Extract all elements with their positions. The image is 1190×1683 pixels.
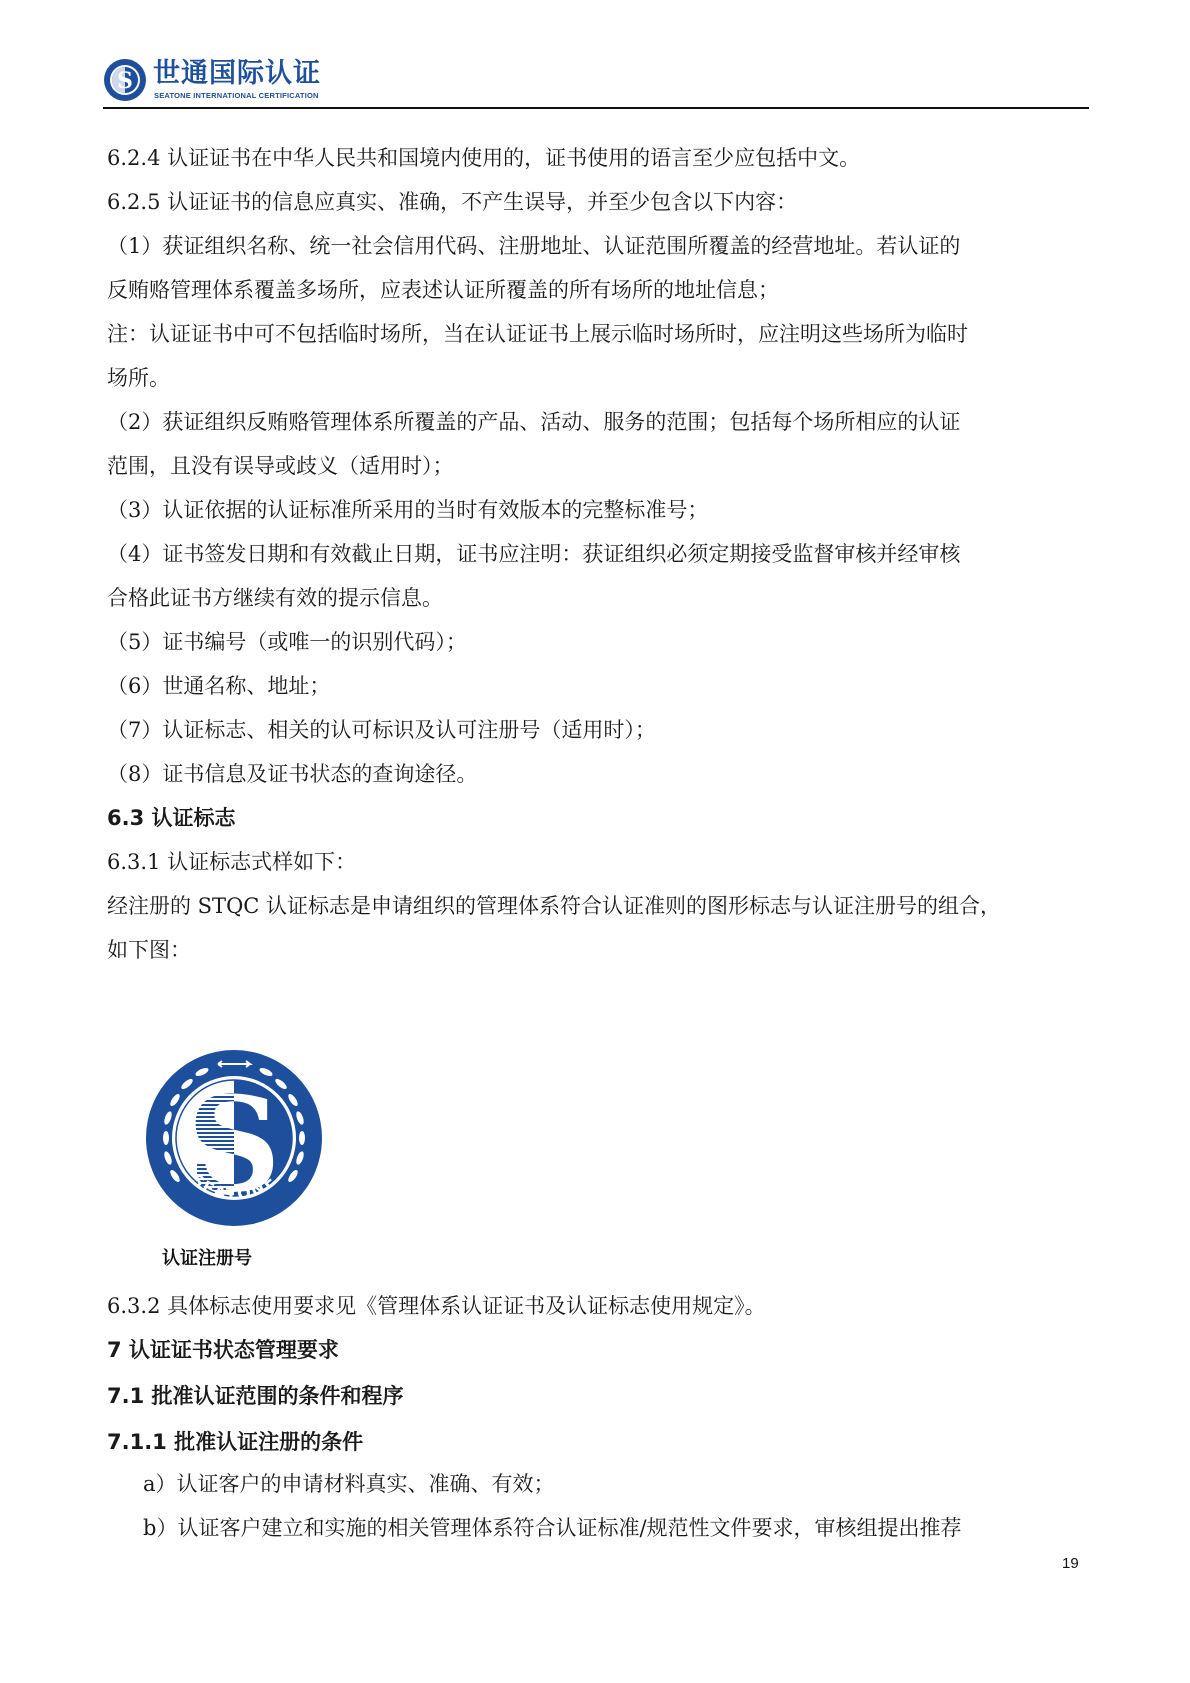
seatone-logo-icon: S — [103, 58, 147, 102]
list-item-2: （2）获证组织反贿赂管理体系所覆盖的产品、活动、服务的范围；包括每个场所相应的认… — [107, 408, 960, 436]
header-divider — [103, 107, 1089, 109]
logo-caption: 认证注册号 — [162, 1244, 252, 1270]
heading-7: 7 认证证书状态管理要求 — [107, 1336, 339, 1364]
paragraph-6-3-1: 6.3.1 认证标志式样如下： — [107, 848, 356, 876]
svg-text:S: S — [117, 68, 133, 94]
list-item-1-cont: 反贿赂管理体系覆盖多场所，应表述认证所覆盖的所有场所的地址信息； — [107, 276, 779, 304]
page-header: S 世通国际认证 SEATONE INTERNATIONAL CERTIFICA… — [103, 56, 1093, 112]
heading-7-1: 7.1 批准认证范围的条件和程序 — [107, 1382, 404, 1410]
company-name-en: SEATONE INTERNATIONAL CERTIFICATION — [154, 91, 319, 100]
paragraph-6-2-4: 6.2.4 认证证书在中华人民共和国境内使用的，证书使用的语言至少应包括中文。 — [107, 144, 860, 172]
list-item-2-cont: 范围，且没有误导或歧义（适用时）； — [107, 452, 454, 480]
list-item-7: （7）认证标志、相关的认可标识及认可注册号（适用时）； — [107, 716, 656, 744]
paragraph-stqc-cont: 如下图： — [107, 936, 191, 964]
paragraph-stqc: 经注册的 STQC 认证标志是申请组织的管理体系符合认证准则的图形标志与认证注册… — [107, 892, 1001, 920]
list-item-4: （4）证书签发日期和有效截止日期，证书应注明：获证组织必须定期接受监督审核并经审… — [107, 540, 960, 568]
heading-6-3: 6.3 认证标志 — [107, 804, 236, 832]
seatone-certification-mark-icon: S S SEATONE — [144, 1048, 324, 1228]
paragraph-6-2-5: 6.2.5 认证证书的信息应真实、准确，不产生误导，并至少包含以下内容： — [107, 188, 797, 216]
note-cont: 场所。 — [107, 364, 170, 392]
note: 注：认证证书中可不包括临时场所，当在认证证书上展示临时场所时，应注明这些场所为临… — [107, 320, 968, 348]
heading-7-1-1: 7.1.1 批准认证注册的条件 — [107, 1428, 363, 1456]
document-page: S 世通国际认证 SEATONE INTERNATIONAL CERTIFICA… — [0, 0, 1190, 1683]
company-name-cn: 世通国际认证 — [153, 58, 321, 90]
list-item-8: （8）证书信息及证书状态的查询途径。 — [107, 760, 477, 788]
list-item-4-cont: 合格此证书方继续有效的提示信息。 — [107, 584, 443, 612]
list-item-a: a）认证客户的申请材料真实、准确、有效； — [143, 1470, 555, 1498]
list-item-5: （5）证书编号（或唯一的识别代码）； — [107, 628, 467, 656]
list-item-1: （1）获证组织名称、统一社会信用代码、注册地址、认证范围所覆盖的经营地址。若认证… — [107, 232, 960, 260]
paragraph-6-3-2: 6.3.2 具体标志使用要求见《管理体系认证证书及认证标志使用规定》。 — [107, 1292, 766, 1320]
list-item-6: （6）世通名称、地址； — [107, 672, 330, 700]
list-item-3: （3）认证依据的认证标准所采用的当时有效版本的完整标准号； — [107, 496, 708, 524]
list-item-b: b）认证客户建立和实施的相关管理体系符合认证标准/规范性文件要求，审核组提出推荐 — [143, 1514, 962, 1542]
page-number: 19 — [1062, 1555, 1079, 1572]
